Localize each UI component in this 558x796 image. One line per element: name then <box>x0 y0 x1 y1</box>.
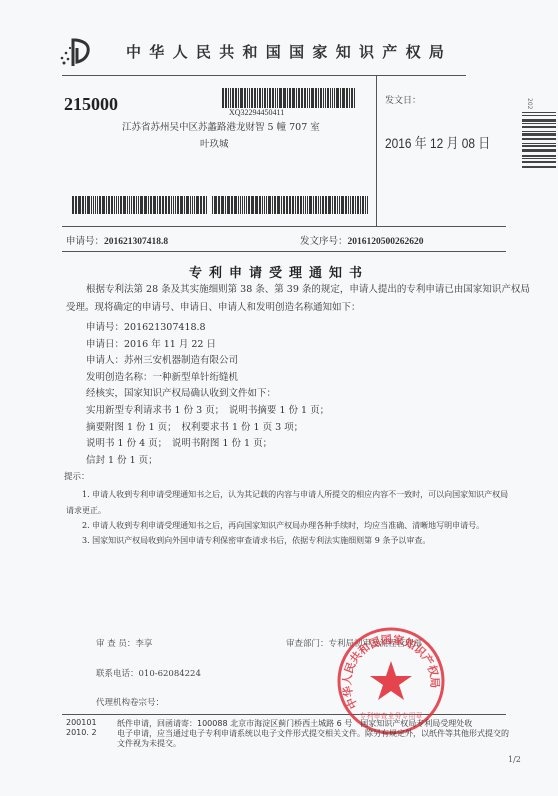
side-code: 202 <box>526 98 533 109</box>
application-number-row: 申请号：201621307418.8 <box>66 233 168 247</box>
field-application-number: 申请号：201621307418.8 <box>86 320 329 337</box>
notice-fields: 申请号：201621307418.8 申请日：2016 年 11 月 22 日 … <box>86 320 329 469</box>
serial-number: 2016120500262620 <box>348 237 424 247</box>
postal-code: 215000 <box>64 94 118 115</box>
field-documents-1: 实用新型专利请求书 1 份 3 页； 说明书摘要 1 份 1 页； <box>86 403 329 420</box>
tip-3: 3. 国家知识产权局收到向外国申请专利保密审查请求书后，依据专利法实施细则第 9… <box>82 535 430 546</box>
intro-line-2: 受理。现将确定的申请号、申请日、申请人和发明创造名称通知如下： <box>66 298 361 318</box>
form-version: 2010. 2 <box>66 728 97 737</box>
reference-bottom-divider <box>62 251 506 252</box>
application-number: 201621307418.8 <box>104 237 168 247</box>
notice-title: 专利申请受理通知书 <box>0 262 558 281</box>
field-documents-3: 说明书 1 份 4 页； 说明书附图 1 份 1 页； <box>86 436 329 453</box>
intro-line-1: 根据专利法第 28 条及其实施细则第 38 条、第 39 条的规定，申请人提出的… <box>86 280 530 300</box>
serial-number-row: 发文序号：2016120500262620 <box>300 233 424 247</box>
page-number: 1/2 <box>508 755 521 764</box>
header-divider <box>62 75 466 76</box>
mail-barcode <box>222 88 356 108</box>
footer-line-3: 文件视为未提交。 <box>117 738 181 749</box>
tip-2: 2. 申请人收到专利申请受理通知书之后，再向国家知识产权局办理各种手续时，均应当… <box>82 520 484 531</box>
field-filing-date: 申请日：2016 年 11 月 22 日 <box>86 337 329 354</box>
tip-1-continued: 请求更正。 <box>66 505 106 516</box>
tip-1: 1. 申请人收到专利申请受理通知书之后，认为其记载的内容与申请人所提交的相应内容… <box>82 489 508 500</box>
form-code: 200101 <box>66 718 97 727</box>
agency-file-number: 代理机构卷宗号： <box>96 696 164 708</box>
field-documents-4: 信封 1 份 1 页； <box>86 453 329 470</box>
side-barcode <box>522 112 556 167</box>
serial-number-label: 发文序号： <box>300 236 348 247</box>
tips-title: 提示： <box>64 470 90 482</box>
cnipa-logo-icon <box>58 38 94 68</box>
examiner: 审 查 员：李享 <box>96 637 152 649</box>
field-documents-2: 摘要附图 1 份 1 页； 权利要求书 1 份 1 页 3 项； <box>86 420 329 437</box>
serial-barcode <box>212 196 369 214</box>
issue-date-label: 发文日： <box>385 93 421 106</box>
field-applicant: 申请人：苏州三安机器制造有限公司 <box>86 353 329 370</box>
application-number-label: 申请号： <box>66 236 104 247</box>
contact-phone: 联系电话：010-62084224 <box>96 667 201 679</box>
field-invention-title: 发明创造名称：一种新型单针绗缝机 <box>86 370 329 387</box>
agency-name: 中华人民共和国国家知识产权局 <box>126 41 452 62</box>
mailing-address: 江苏省苏州吴中区苏蠡路港龙财智 5 幢 707 室 <box>122 119 320 133</box>
reference-top-divider <box>62 226 506 227</box>
application-barcode <box>72 196 208 214</box>
header-vertical-divider <box>376 75 377 227</box>
field-verification: 经核实，国家知识产权局确认收到文件如下： <box>86 386 329 403</box>
recipient-name: 叶玖城 <box>200 136 229 150</box>
barcode-text: XQ32294450411 <box>229 108 284 117</box>
issue-date: 2016 年 12 月 08 日 <box>385 133 490 153</box>
